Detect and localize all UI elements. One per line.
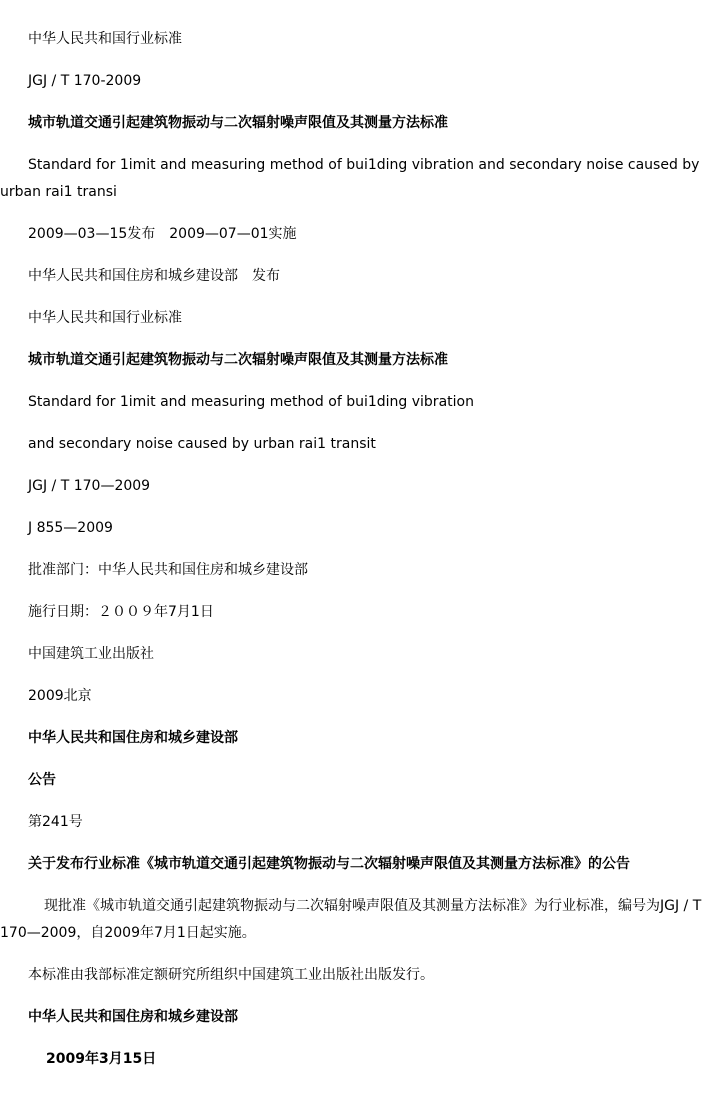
standard-number-cover: JGJ / T 170-2009: [0, 68, 720, 95]
issue-implement-dates: 2009—03—15发布 2009—07—01实施: [0, 221, 720, 248]
standard-title-en-cover: Standard for 1imit and measuring method …: [0, 152, 720, 206]
document-body: 中华人民共和国行业标准 JGJ / T 170-2009 城市轨道交通引起建筑物…: [0, 0, 720, 1073]
record-number: J 855—2009: [0, 515, 720, 542]
standard-number-inner: JGJ / T 170—2009: [0, 473, 720, 500]
standard-category-line-2: 中华人民共和国行业标准: [0, 305, 720, 332]
publisher-line: 中国建筑工业出版社: [0, 641, 720, 668]
ministry-signature: 中华人民共和国住房和城乡建设部: [0, 1004, 720, 1031]
approval-paragraph: 现批准《城市轨道交通引起建筑物振动与二次辐射噪声限值及其测量方法标准》为行业标准…: [0, 893, 720, 947]
ministry-name-heading: 中华人民共和国住房和城乡建设部: [0, 725, 720, 752]
announcement-number: 第241号: [0, 809, 720, 836]
publication-note: 本标准由我部标准定额研究所组织中国建筑工业出版社出版发行。: [0, 962, 720, 989]
standard-title-en-line1: Standard for 1imit and measuring method …: [0, 389, 720, 416]
approval-department-line: 批准部门：中华人民共和国住房和城乡建设部: [0, 557, 720, 584]
standard-title-en-line2: and secondary noise caused by urban rai1…: [0, 431, 720, 458]
standard-title-zh-inner: 城市轨道交通引起建筑物振动与二次辐射噪声限值及其测量方法标准: [0, 347, 720, 374]
signature-date: 2009年3月15日: [0, 1046, 720, 1073]
standard-title-zh-cover: 城市轨道交通引起建筑物振动与二次辐射噪声限值及其测量方法标准: [0, 110, 720, 137]
announcement-title: 关于发布行业标准《城市轨道交通引起建筑物振动与二次辐射噪声限值及其测量方法标准》…: [0, 851, 720, 878]
standard-category-line: 中华人民共和国行业标准: [0, 26, 720, 53]
announcement-heading: 公告: [0, 767, 720, 794]
document-page: 中华人民共和国行业标准 JGJ / T 170-2009 城市轨道交通引起建筑物…: [0, 0, 720, 1110]
issuer-line: 中华人民共和国住房和城乡建设部 发布: [0, 263, 720, 290]
implementation-date-line: 施行日期：２００９年7月1日: [0, 599, 720, 626]
publish-year-city: 2009北京: [0, 683, 720, 710]
